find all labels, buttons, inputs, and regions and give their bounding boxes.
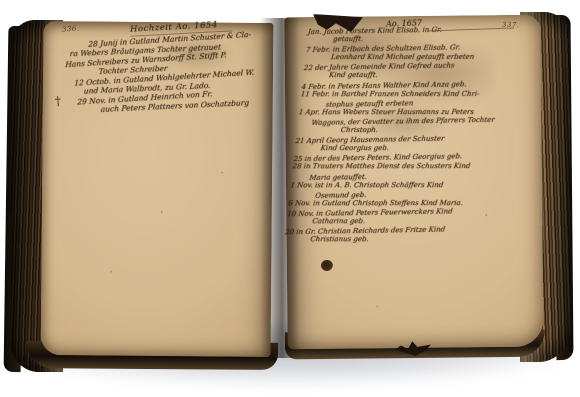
left-page-text: Hochzeit Ao. 1654 28 Junij in Gutland Ma…	[56, 18, 272, 116]
register-entry-line: Christianus geb.	[310, 235, 523, 244]
right-page-entries: Jan. Jacob Försters Kind Elisab. in Gr. …	[284, 25, 547, 246]
left-page-entries: 28 Junij in Gutland Martin Schuster & Cl…	[56, 29, 272, 116]
ink-blot-middle	[321, 260, 333, 271]
cross-icon: †	[55, 94, 62, 108]
register-photo: 336. Hochzeit Ao. 1654 28 Junij in Gutla…	[0, 0, 580, 397]
right-page-text: Jan. Jacob Försters Kind Elisab. in Gr. …	[295, 25, 535, 245]
